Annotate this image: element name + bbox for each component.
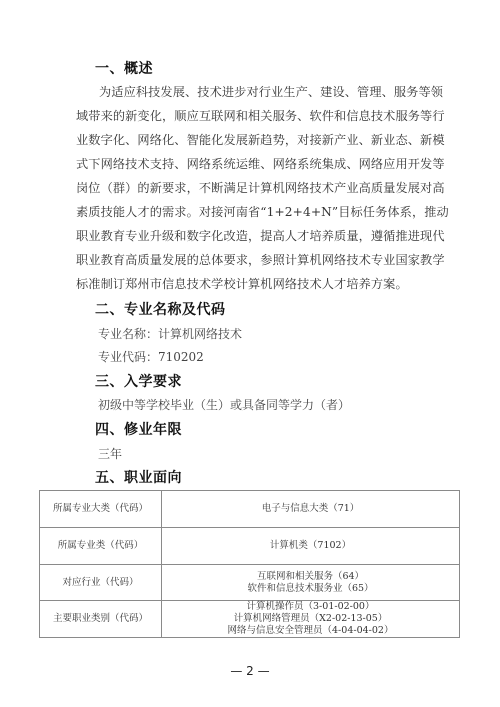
value-line: 计算机网络管理员（X2-02-13-05） [162,613,459,625]
table-key-cell: 对应行业（代码） [40,565,162,601]
career-orientation-table: 所属专业大类（代码） 电子与信息大类（71） 所属专业类（代码） 计算机类（71… [39,490,460,638]
paragraph-line: 为适应科技发展、技术进步对行业生产、建设、管理、服务等领 [99,84,449,100]
table-value-cell: 计算机操作员（3-01-02-00） 计算机网络管理员（X2-02-13-05）… [162,601,460,638]
value-line: 计算机操作员（3-01-02-00） [162,601,459,613]
value-line: 电子与信息大类（71） [162,503,459,515]
table-row: 对应行业（代码） 互联网和相关服务（64） 软件和信息技术服务业（65） [40,565,460,601]
paragraph-line: 素质技能人才的需求。对接河南省“1+2+4+N”目标任务体系，推动 [76,204,426,220]
paragraph-line: 标准制订郑州市信息技术学校计算机网络技术人才培养方案。 [76,276,426,292]
table-row: 所属专业大类（代码） 电子与信息大类（71） [40,491,460,528]
paragraph-line: 域带来的新变化，顺应互联网和相关服务、软件和信息技术服务等行 [76,108,426,124]
table-key-cell: 所属专业类（代码） [40,528,162,565]
value-line: 互联网和相关服务（64） [162,571,459,583]
heading-major-name-code: 二、专业名称及代码 [95,299,226,319]
table-value-cell: 电子与信息大类（71） [162,491,460,528]
heading-admission: 三、入学要求 [95,371,182,391]
heading-overview: 一、概述 [95,58,153,78]
table-value-cell: 计算机类（7102） [162,528,460,565]
major-code: 专业代码：710202 [98,348,204,365]
paragraph-line: 业数字化、网络化、智能化发展新趋势，对接新产业、新业态、新模 [76,132,426,148]
table-key-cell: 主要职业类别（代码） [40,601,162,638]
table-value-cell: 互联网和相关服务（64） 软件和信息技术服务业（65） [162,565,460,601]
admission-text: 初级中等学校毕业（生）或具备同等学力（者） [98,396,350,413]
duration-text: 三年 [98,445,122,462]
paragraph-line: 职业教育高质量发展的总体要求，参照计算机网络技术专业国家教学 [76,252,426,268]
value-line: 软件和信息技术服务业（65） [162,583,459,595]
table-row: 主要职业类别（代码） 计算机操作员（3-01-02-00） 计算机网络管理员（X… [40,601,460,638]
paragraph-line: 式下网络技术支持、网络系统运维、网络系统集成、网络应用开发等 [76,156,426,172]
value-line: 计算机类（7102） [162,540,459,552]
heading-duration: 四、修业年限 [95,419,182,439]
page-number: — 2 — [0,664,500,678]
value-line: 网络与信息安全管理员（4-04-04-02） [162,625,459,637]
paragraph-line: 职业教育专业升级和数字化改造，提高人才培养质量，遵循推进现代 [76,228,426,244]
paragraph-line: 岗位（群）的新要求，不断满足计算机网络技术产业高质量发展对高 [76,180,426,196]
heading-career-orientation: 五、职业面向 [95,467,182,487]
table-row: 所属专业类（代码） 计算机类（7102） [40,528,460,565]
table-key-cell: 所属专业大类（代码） [40,491,162,528]
major-name: 专业名称：计算机网络技术 [98,325,242,342]
